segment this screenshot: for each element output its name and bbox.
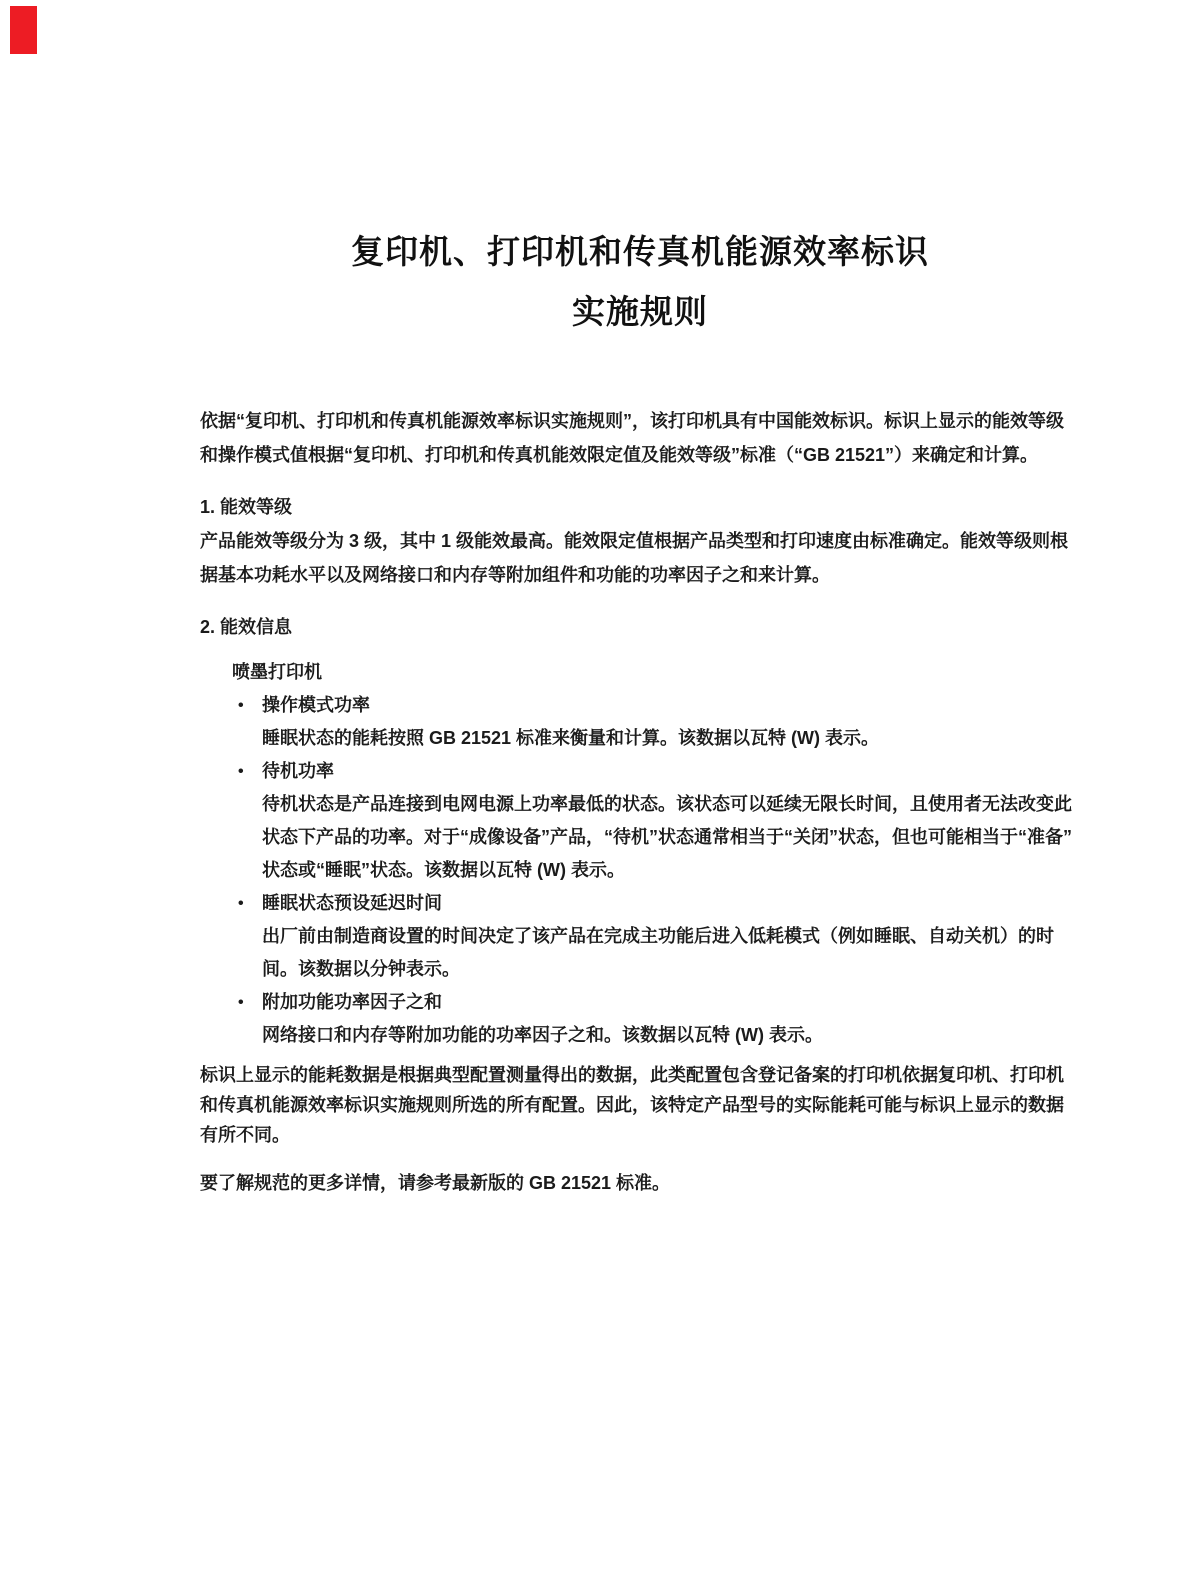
- bullet-dot-icon: •: [238, 755, 244, 788]
- document-title: 复印机、打印机和传真机能源效率标识 实施规则: [200, 222, 1080, 342]
- list-item: • 操作模式功率 睡眠状态的能耗按照 GB 21521 标准来衡量和计算。该数据…: [262, 689, 1080, 755]
- energy-info-bullet-list: • 操作模式功率 睡眠状态的能耗按照 GB 21521 标准来衡量和计算。该数据…: [200, 689, 1080, 1052]
- document-page: 复印机、打印机和传真机能源效率标识 实施规则 依据“复印机、打印机和传真机能源效…: [0, 0, 1190, 1584]
- list-item: • 待机功率 待机状态是产品连接到电网电源上功率最低的状态。该状态可以延续无限长…: [262, 755, 1080, 887]
- intro-paragraph: 依据“复印机、打印机和传真机能源效率标识实施规则”，该打印机具有中国能效标识。标…: [200, 404, 1080, 472]
- bullet-body: 出厂前由制造商设置的时间决定了该产品在完成主功能后进入低耗模式（例如睡眠、自动关…: [262, 920, 1080, 986]
- reference-line: 要了解规范的更多详情，请参考最新版的 GB 21521 标准。: [200, 1168, 1080, 1198]
- bullet-title: 操作模式功率: [262, 689, 1080, 722]
- bullet-dot-icon: •: [238, 986, 244, 1019]
- section-1-body: 产品能效等级分为 3 级，其中 1 级能效最高。能效限定值根据产品类型和打印速度…: [200, 524, 1080, 592]
- bullet-title: 睡眠状态预设延迟时间: [262, 887, 1080, 920]
- bullet-body: 睡眠状态的能耗按照 GB 21521 标准来衡量和计算。该数据以瓦特 (W) 表…: [262, 722, 1080, 755]
- closing-paragraph: 标识上显示的能耗数据是根据典型配置测量得出的数据，此类配置包含登记备案的打印机依…: [200, 1060, 1080, 1150]
- title-line-2: 实施规则: [200, 282, 1080, 342]
- bullet-dot-icon: •: [238, 887, 244, 920]
- list-item: • 睡眠状态预设延迟时间 出厂前由制造商设置的时间决定了该产品在完成主功能后进入…: [262, 887, 1080, 986]
- red-corner-marker: [10, 6, 37, 54]
- bullet-title: 附加功能功率因子之和: [262, 986, 1080, 1019]
- bullet-title: 待机功率: [262, 755, 1080, 788]
- bullet-body: 网络接口和内存等附加功能的功率因子之和。该数据以瓦特 (W) 表示。: [262, 1019, 1080, 1052]
- document-content: 复印机、打印机和传真机能源效率标识 实施规则 依据“复印机、打印机和传真机能源效…: [200, 0, 1080, 1216]
- bullet-body: 待机状态是产品连接到电网电源上功率最低的状态。该状态可以延续无限长时间，且使用者…: [262, 788, 1080, 887]
- section-2-subheading: 喷墨打印机: [232, 656, 1080, 689]
- bullet-dot-icon: •: [238, 689, 244, 722]
- list-item: • 附加功能功率因子之和 网络接口和内存等附加功能的功率因子之和。该数据以瓦特 …: [262, 986, 1080, 1052]
- section-2-heading: 2. 能效信息: [200, 610, 1080, 644]
- title-line-1: 复印机、打印机和传真机能源效率标识: [200, 222, 1080, 282]
- section-1-heading: 1. 能效等级: [200, 490, 1080, 524]
